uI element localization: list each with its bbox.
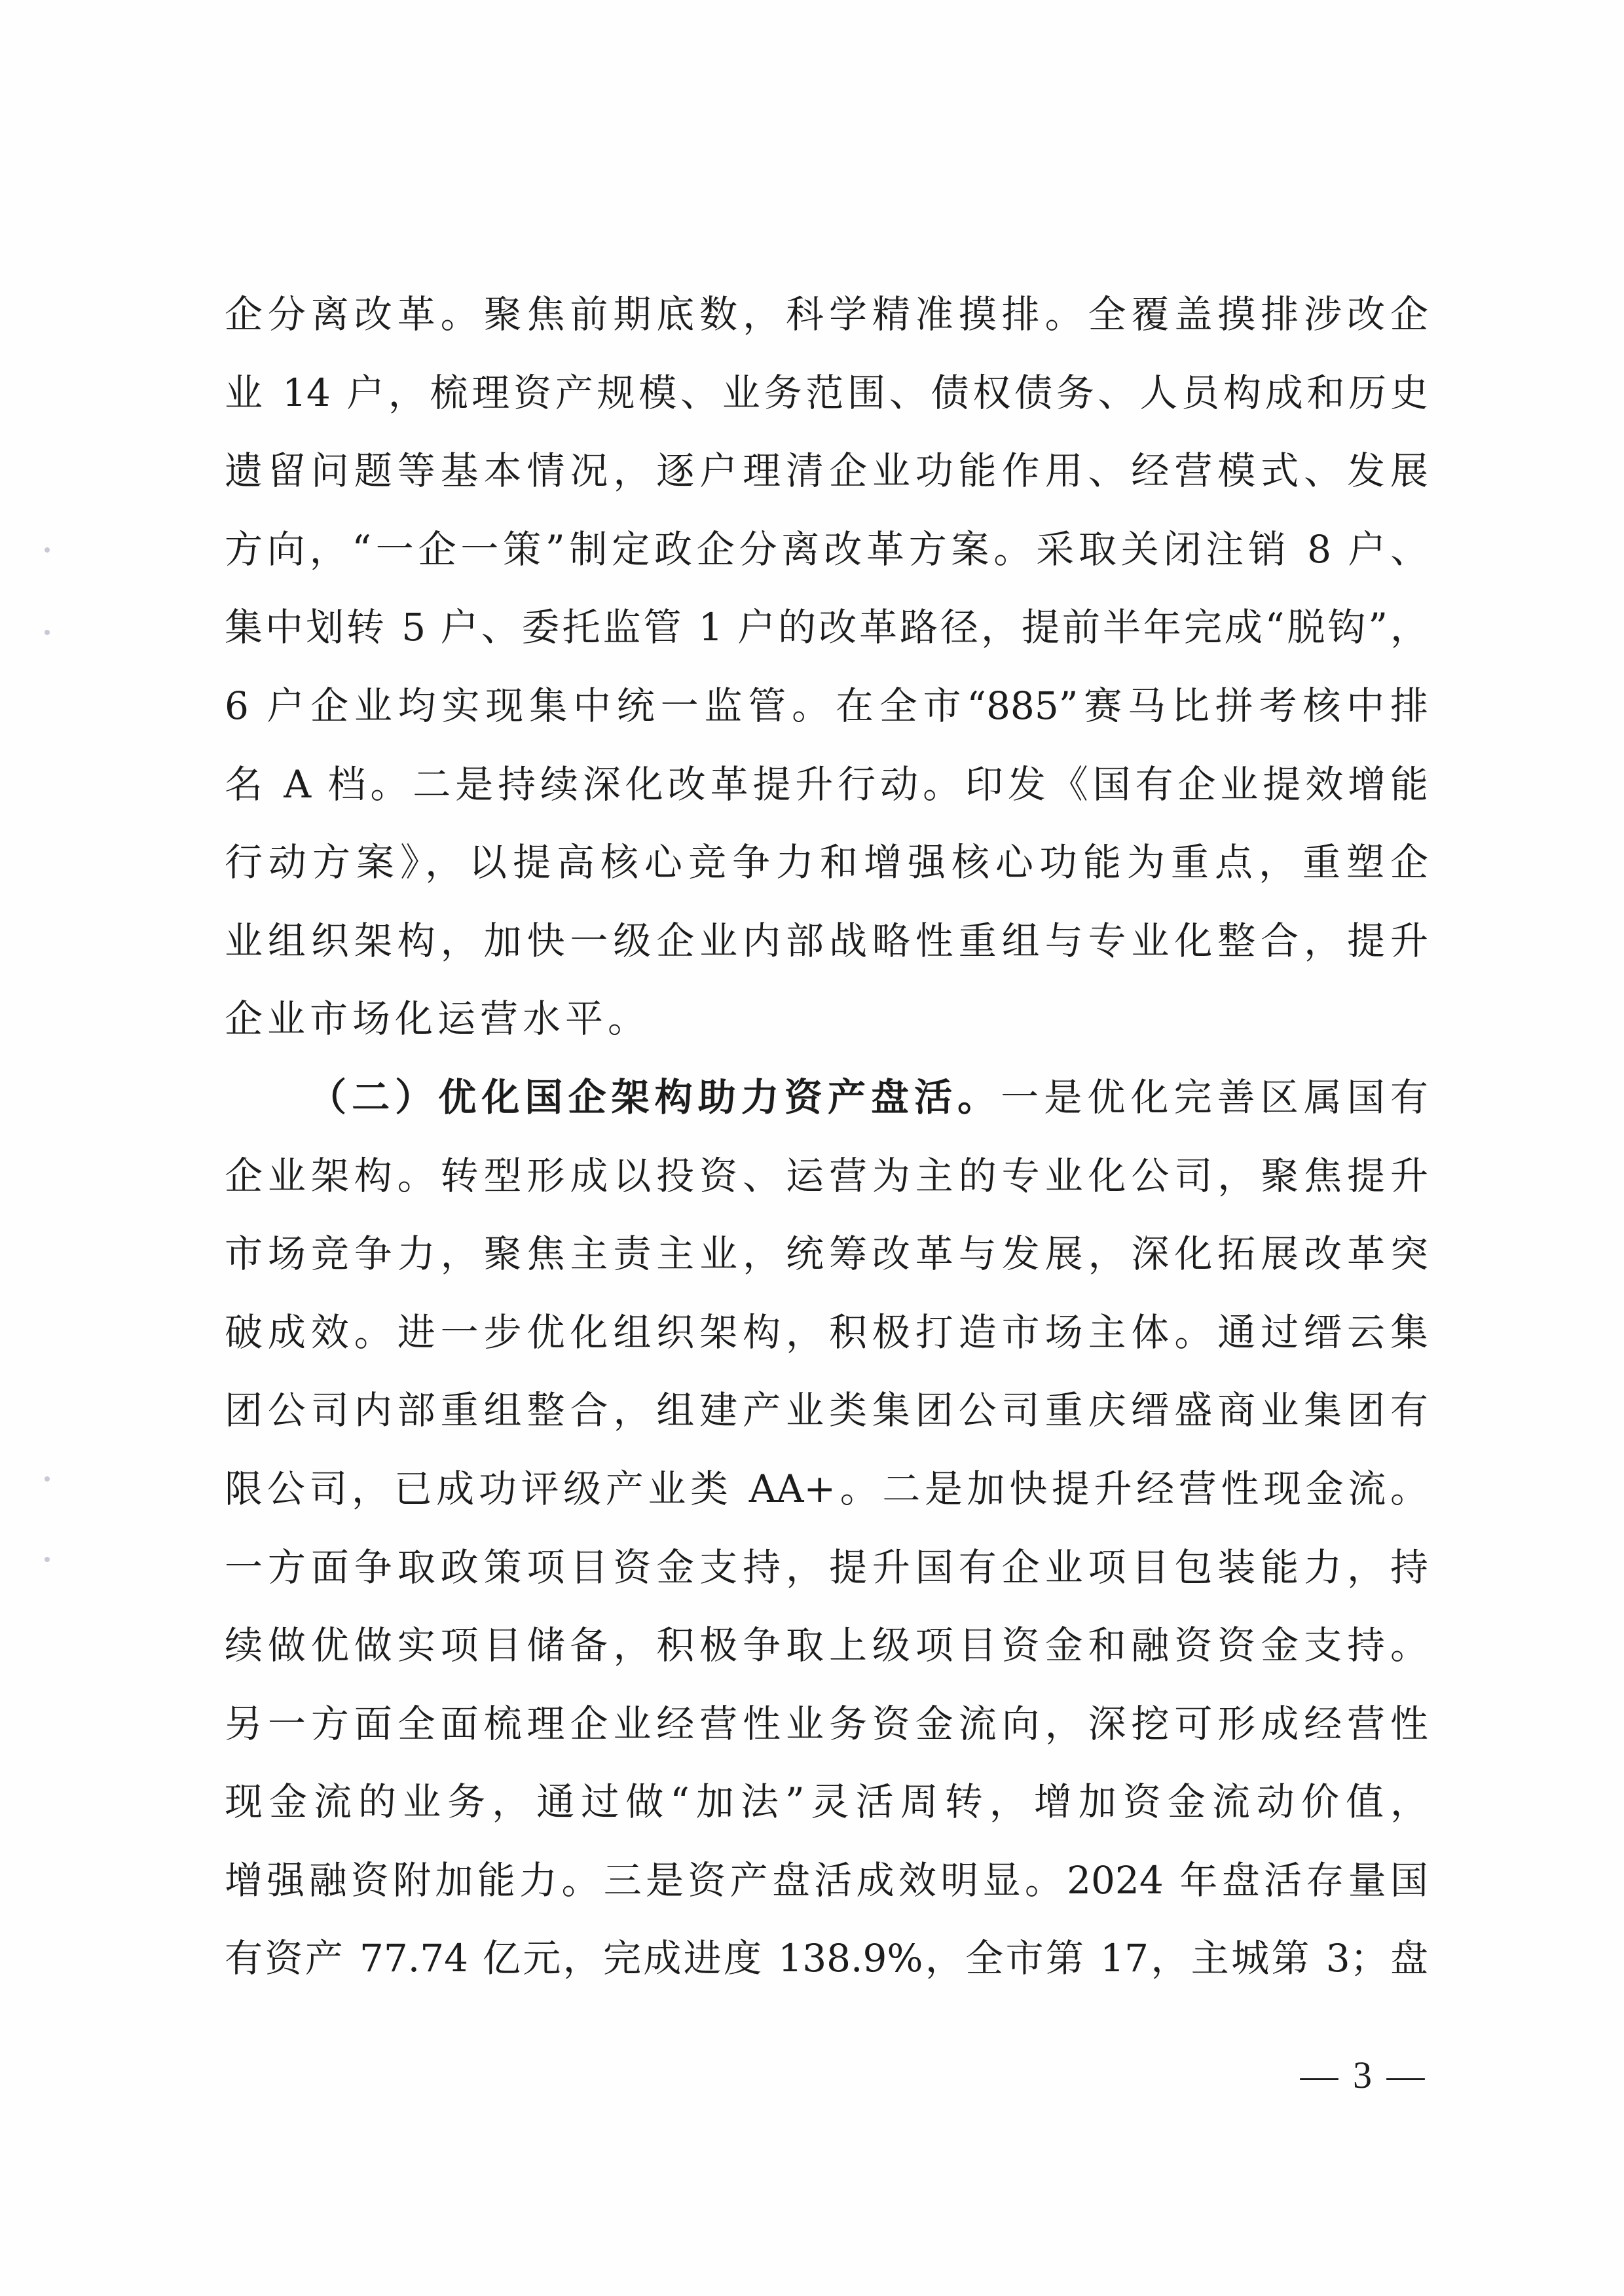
document-page: 企分离改革。聚焦前期底数，科学精准摸排。全覆盖摸排涉改企 业 14 户，梳理资产… (0, 0, 1624, 2296)
binding-hole-mark (45, 630, 50, 635)
page-number: — 3 — (1293, 2052, 1434, 2098)
text-line: 增强融资附加能力。三是资产盘活成效明显。2024 年盘活存量国 (225, 1854, 1428, 1933)
paragraph-section-one-continued: 企分离改革。聚焦前期底数，科学精准摸排。全覆盖摸排涉改企 业 14 户，梳理资产… (225, 288, 1428, 1071)
text-line: 遗留问题等基本情况，逐户理清企业功能作用、经营模式、发展 (225, 445, 1428, 523)
text-line: 行动方案》，以提高核心竞争力和增强核心功能为重点，重塑企 (225, 836, 1428, 915)
text-line: 市场竞争力，聚焦主责主业，统筹改革与发展，深化拓展改革突 (225, 1228, 1428, 1306)
body-text: 企分离改革。聚焦前期底数，科学精准摸排。全覆盖摸排涉改企 业 14 户，梳理资产… (225, 288, 1428, 2011)
text-line: 破成效。进一步优化组织架构，积极打造市场主体。通过缙云集 (225, 1306, 1428, 1385)
text-line: 企业市场化运营水平。 (225, 993, 1428, 1071)
text-line: 有资产 77.74 亿元，完成进度 138.9%，全市第 17，主城第 3；盘 (225, 1932, 1428, 2011)
paragraph-section-two: （二）优化国企架构助力资产盘活。一是优化完善区属国有 企业架构。转型形成以投资、… (225, 1071, 1428, 2011)
section-heading: （二）优化国企架构助力资产盘活。 (308, 1075, 1001, 1120)
text-line: 业 14 户，梳理资产规模、业务范围、债权债务、人员构成和历史 (225, 367, 1428, 445)
text-line: 现金流的业务，通过做“加法”灵活周转，增加资金流动价值， (225, 1776, 1428, 1854)
text-line: 企业架构。转型形成以投资、运营为主的专业化公司，聚焦提升 (225, 1150, 1428, 1228)
text-line: 团公司内部重组整合，组建产业类集团公司重庆缙盛商业集团有 (225, 1384, 1428, 1463)
text-line: 一方面争取政策项目资金支持，提升国有企业项目包装能力，持 (225, 1541, 1428, 1620)
text-line: 6 户企业均实现集中统一监管。在全市“885”赛马比拼考核中排 (225, 680, 1428, 758)
text-line: 限公司，已成功评级产业类 AA+。二是加快提升经营性现金流。 (225, 1463, 1428, 1541)
text-line: 名 A 档。二是持续深化改革提升行动。印发《国有企业提效增能 (225, 758, 1428, 837)
binding-hole-mark (45, 547, 50, 553)
text-line: 另一方面全面梳理企业经营性业务资金流向，深挖可形成经营性 (225, 1698, 1428, 1776)
section-heading-line: （二）优化国企架构助力资产盘活。一是优化完善区属国有 (225, 1071, 1428, 1150)
binding-hole-mark (45, 1476, 50, 1482)
text-run: 一是优化完善区属国有 (1001, 1075, 1428, 1120)
text-line: 业组织架构，加快一级企业内部战略性重组与专业化整合，提升 (225, 915, 1428, 993)
binding-hole-mark (45, 1557, 50, 1562)
text-line: 方向，“一企一策”制定政企分离改革方案。采取关闭注销 8 户、 (225, 523, 1428, 602)
text-line: 企分离改革。聚焦前期底数，科学精准摸排。全覆盖摸排涉改企 (225, 288, 1428, 367)
text-line: 集中划转 5 户、委托监管 1 户的改革路径，提前半年完成“脱钩”， (225, 601, 1428, 680)
text-line: 续做优做实项目储备，积极争取上级项目资金和融资资金支持。 (225, 1619, 1428, 1698)
